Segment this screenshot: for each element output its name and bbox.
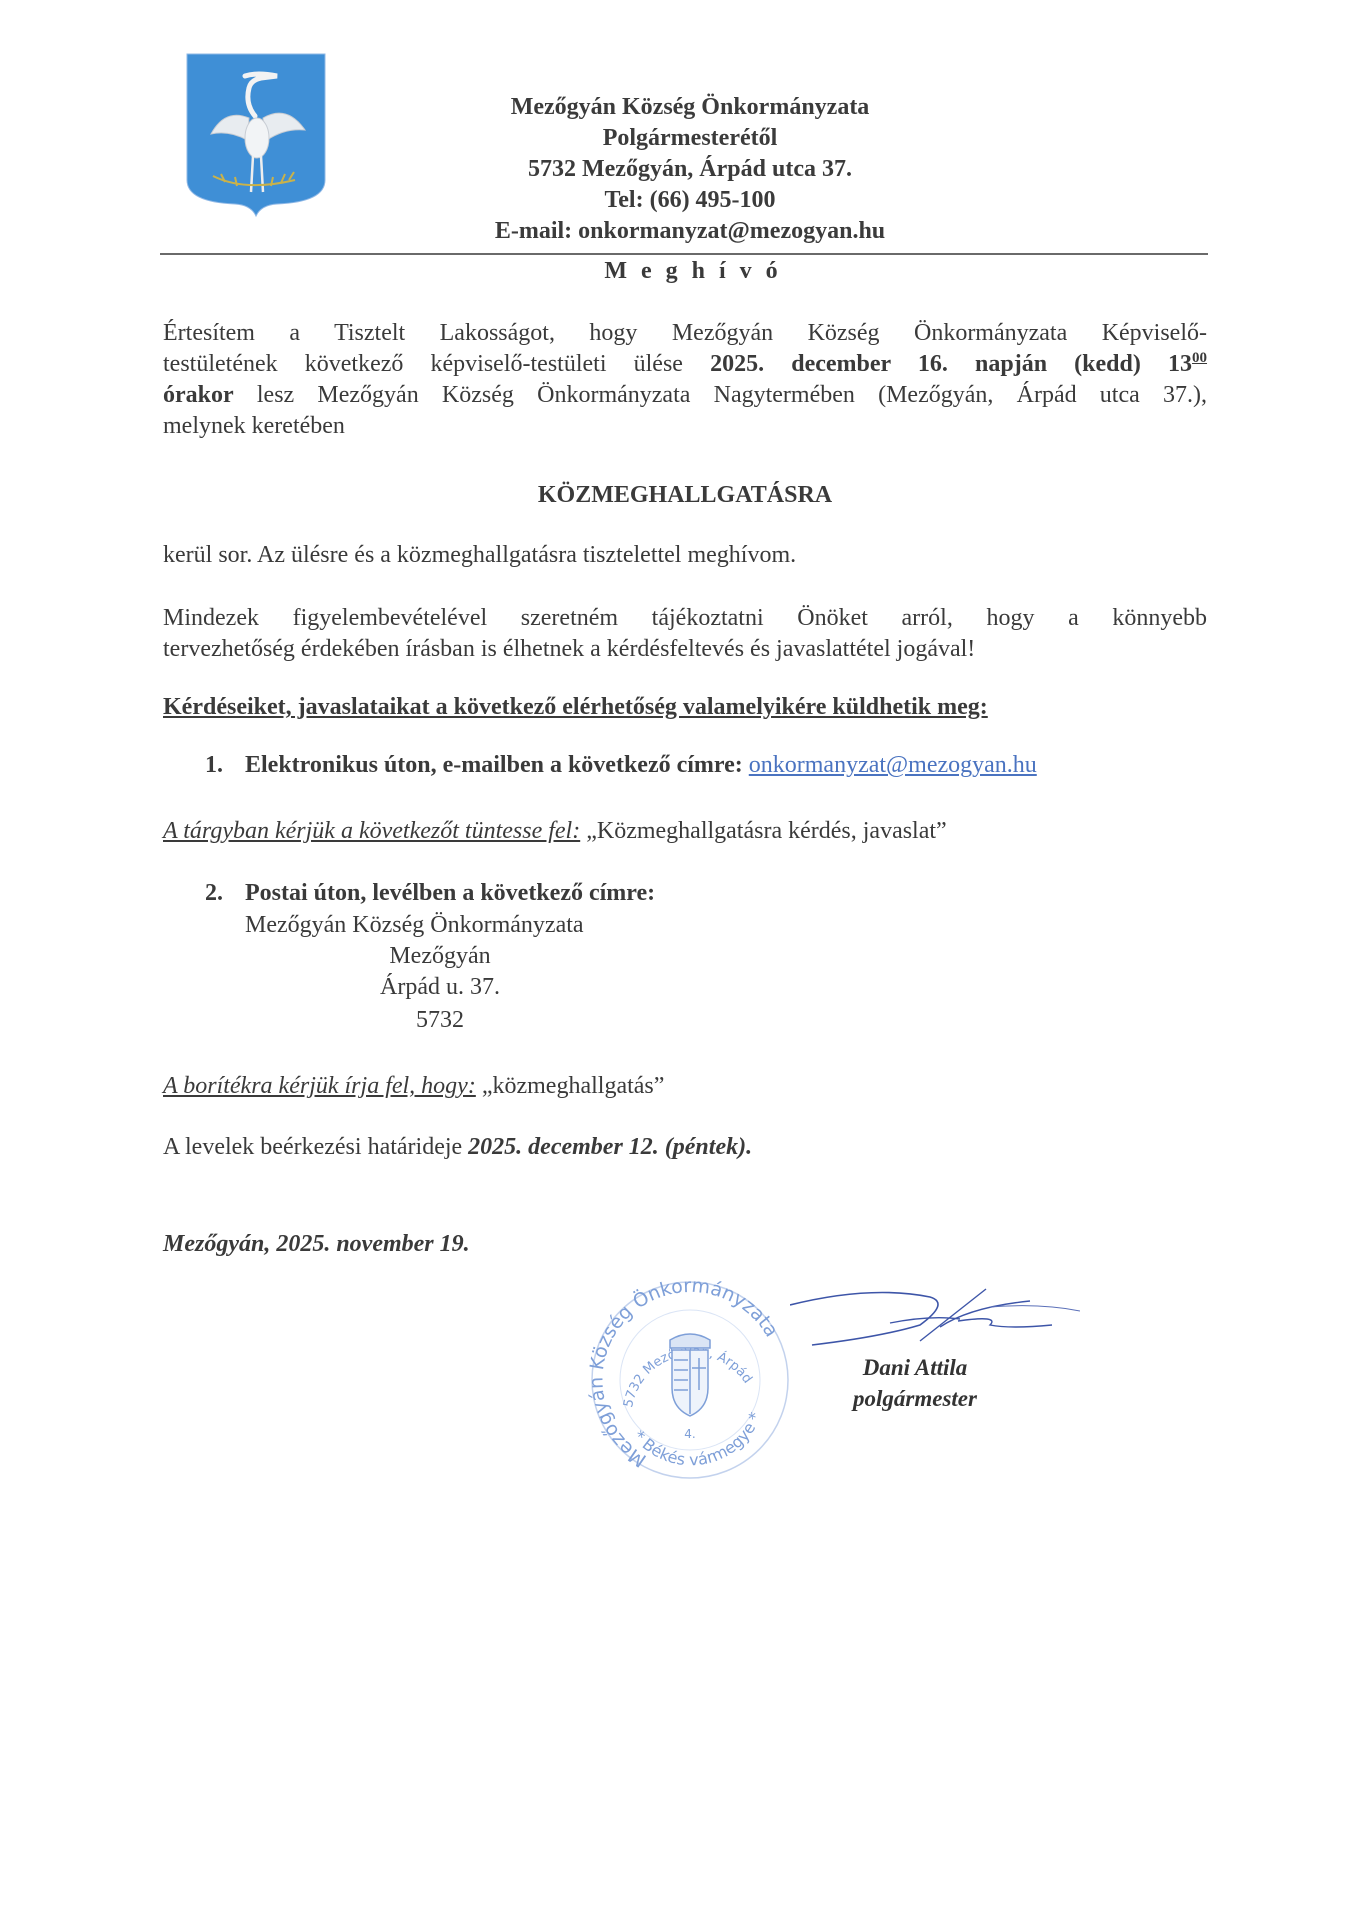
signatory-name: Dani Attila bbox=[820, 1352, 1010, 1383]
deadline-date: 2025. december 12. (péntek). bbox=[468, 1134, 752, 1160]
subject-note-value: „Közmeghallgatásra kérdés, javaslat” bbox=[580, 818, 947, 844]
document-title: Meghívó bbox=[160, 258, 1222, 285]
coat-of-arms-logo bbox=[185, 52, 327, 218]
envelope-note-label: A borítékra kérjük írja fel, hogy: bbox=[163, 1073, 476, 1099]
signatory-block: Dani Attila polgármester bbox=[820, 1352, 1010, 1414]
public-hearing-heading: KÖZMEGHALLGATÁSRA bbox=[163, 480, 1207, 511]
subject-note: A tárgyban kérjük a következőt tüntesse … bbox=[163, 816, 1207, 847]
official-stamp: Mezőgyán Község Önkormányzata 5732 Mezőg… bbox=[588, 1278, 793, 1483]
item-number: 1. bbox=[205, 750, 245, 781]
signature bbox=[790, 1285, 1080, 1355]
intro-line-2-text: testületének következő képviselő-testüle… bbox=[163, 351, 710, 377]
info-paragraph: Mindezek figyelembevételével szeretném t… bbox=[163, 603, 1207, 665]
contact-heading: Kérdéseiket, javaslataikat a következő e… bbox=[163, 692, 1207, 723]
intro-line-1: Értesítem a Tisztelt Lakosságot, hogy Me… bbox=[163, 318, 1207, 349]
info-line-2: tervezhetőség érdekében írásban is élhet… bbox=[163, 634, 1207, 665]
org-email: E-mail: onkormanyzat@mezogyan.hu bbox=[330, 216, 1050, 247]
org-address: 5732 Mezőgyán, Árpád utca 37. bbox=[330, 154, 1050, 185]
postal-address-line-2: Mezőgyán bbox=[245, 941, 635, 972]
intro-paragraph: Értesítem a Tisztelt Lakosságot, hogy Me… bbox=[163, 318, 1207, 442]
contact-option-email: 1.Elektronikus úton, e-mailben a követke… bbox=[205, 750, 1037, 781]
envelope-note: A borítékra kérjük írja fel, hogy: „közm… bbox=[163, 1071, 1207, 1102]
item-label: Postai úton, levélben a következő címre: bbox=[245, 880, 655, 906]
postal-address-line-3: Árpád u. 37. bbox=[245, 972, 635, 1003]
info-line-1: Mindezek figyelembevételével szeretném t… bbox=[163, 603, 1207, 634]
meeting-date: 2025. december 16. napján (kedd) 13 bbox=[710, 351, 1192, 377]
sender-office: Polgármesterétől bbox=[330, 123, 1050, 154]
meeting-time-minutes: 00 bbox=[1192, 350, 1207, 366]
deadline: A levelek beérkezési határideje 2025. de… bbox=[163, 1132, 1207, 1163]
subject-note-label: A tárgyban kérjük a következőt tüntesse … bbox=[163, 818, 580, 844]
intro-line-4: melynek keretében bbox=[163, 411, 1207, 442]
contact-option-post: 2.Postai úton, levélben a következő címr… bbox=[205, 878, 655, 909]
hungarian-coat-of-arms-icon bbox=[670, 1334, 710, 1416]
meeting-location: lesz Mezőgyán Község Önkormányzata Nagyt… bbox=[234, 382, 1207, 408]
org-name: Mezőgyán Község Önkormányzata bbox=[330, 92, 1050, 123]
org-phone: Tel: (66) 495-100 bbox=[330, 185, 1050, 216]
signatory-title: polgármester bbox=[820, 1383, 1010, 1414]
deadline-label: A levelek beérkezési határideje bbox=[163, 1134, 468, 1160]
item-number: 2. bbox=[205, 878, 245, 909]
intro-line-3: órakor lesz Mezőgyán Község Önkormányzat… bbox=[163, 380, 1207, 411]
meeting-time-suffix: órakor bbox=[163, 382, 234, 408]
header-divider bbox=[160, 253, 1208, 255]
place-and-date: Mezőgyán, 2025. november 19. bbox=[163, 1229, 1207, 1260]
postal-address-line-4: 5732 bbox=[245, 1005, 635, 1036]
envelope-note-value: „közmeghallgatás” bbox=[476, 1073, 665, 1099]
stamp-bottom-text: * Békés vármegye * bbox=[629, 1409, 765, 1469]
stamp-number: 4. bbox=[684, 1427, 695, 1441]
item-label: Elektronikus úton, e-mailben a következő… bbox=[245, 752, 743, 778]
email-link[interactable]: onkormanyzat@mezogyan.hu bbox=[749, 752, 1037, 778]
svg-text:* Békés vármegye *: * Békés vármegye * bbox=[629, 1409, 765, 1469]
intro-line-2: testületének következő képviselő-testüle… bbox=[163, 349, 1207, 380]
letterhead: Mezőgyán Község Önkormányzata Polgármest… bbox=[330, 92, 1050, 247]
postal-address-line-1: Mezőgyán Község Önkormányzata bbox=[245, 910, 584, 941]
after-heading-text: kerül sor. Az ülésre és a közmeghallgatá… bbox=[163, 540, 1207, 571]
